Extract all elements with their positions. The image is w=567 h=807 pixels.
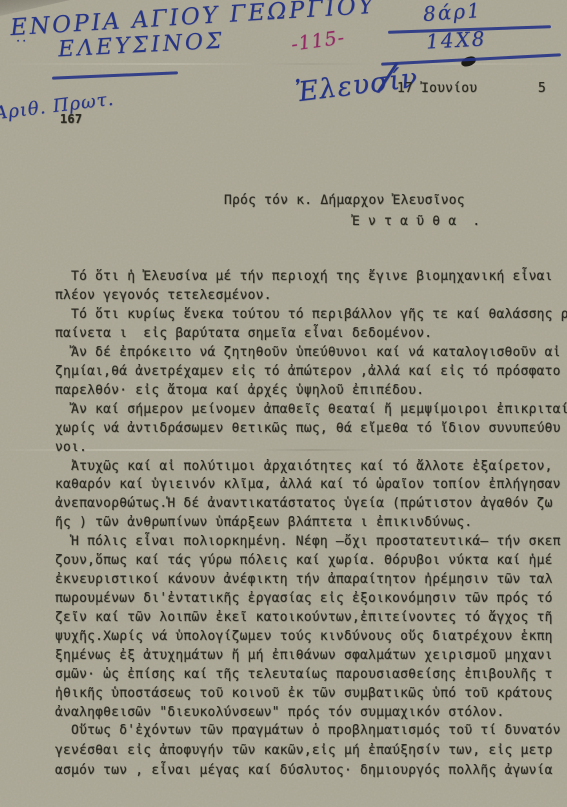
fraction-denominator: 14Χ8 <box>425 26 487 53</box>
ink-underline <box>52 71 178 79</box>
body-text: Τό ὅτι ἡ Ἐλευσίνα μέ τήν περιοχή της ἔγι… <box>55 268 567 723</box>
body-last-paragraph: Οὕτως δ'ἐχόντων τῶν πραγμάτων ὁ προβλημα… <box>55 721 561 780</box>
protocol-number: 167 <box>60 110 82 129</box>
crease-line <box>0 63 567 65</box>
page-number: 5 <box>538 80 546 99</box>
recipient-line: Πρός τόν κ. Δήμαρχον Ἐλευσῖνος <box>224 192 465 211</box>
filing-number-magenta: -115- <box>290 26 347 55</box>
locality-line: Ἐ ν τ α ῦ θ α . <box>352 213 480 232</box>
scanned-letter-page: ΕΝΟΡΙΑ ΑΓΙΟΥ ΓΕΩΡΓΙΟΥ ·· ΕΛΕΥΣΙΝΟΣ -115-… <box>0 0 567 807</box>
fraction-numerator: 8άρ1 <box>422 0 482 26</box>
typed-date: 17 Ἰουνίου <box>397 80 477 99</box>
protocol-label-handwriting: Ἀριθ. Πρωτ. <box>0 89 115 125</box>
ink-dots: ·· <box>16 34 28 49</box>
